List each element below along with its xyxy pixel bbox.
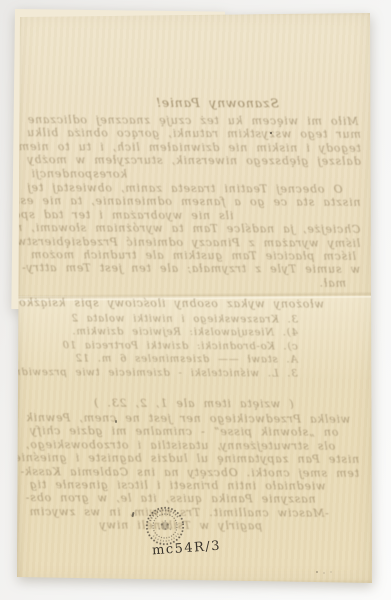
show-through-line: Chciejże, ja nadślce Tam ta wyróżniam sł… <box>16 221 372 236</box>
show-through-line: pagirly w Tsibineli niwy <box>15 518 371 533</box>
paper-shadow: Szanowny Panie! Miło mi więcem ku też cz… <box>0 0 391 600</box>
paragraph-2-tail: mał. <box>16 275 372 290</box>
book-list-intro: włożony wykaz osobny ilościowy spis ksią… <box>16 296 372 311</box>
book-list-note: ( wzięta item ale 1, 2, 23. ) <box>15 396 371 411</box>
book-list: 3. Kraszewskiego i niwitki wolata 24). N… <box>16 312 372 381</box>
letter-sheet-verso: Szanowny Panie! Miło mi więcem ku też cz… <box>16 12 372 584</box>
mirrored-show-through-text: Szanowny Panie! Miło mi więcem ku też cz… <box>15 11 374 585</box>
letter-heading: Szanowny Panie! <box>17 93 373 112</box>
paragraph-2: O obecnej Teatini traseta zanim, obwiest… <box>16 181 372 277</box>
paragraph-3: wielka Przedwcikiego ner jest ne cnem, P… <box>15 411 372 533</box>
paper-speck <box>270 132 272 134</box>
show-through-line: dalszej głębszego niwersnik, sturczyłem … <box>17 153 373 168</box>
show-through-line: -Masciw cnallimit. Trs niwim, in ws zwyc… <box>15 505 371 520</box>
paragraph-1: Miło mi więcem ku też czuję znacznej odl… <box>17 113 373 168</box>
photo-background: Szanowny Panie! Miło mi więcem ku też cz… <box>0 0 391 600</box>
paper-speck <box>115 420 117 423</box>
show-through-line: niste Pan zapytaminę ul ludzis bagniste … <box>15 451 371 466</box>
paper-speck <box>316 571 318 573</box>
show-through-line: 3. L. wiśnictelski - dziemiecie twie prz… <box>16 366 372 381</box>
paragraph-1-tail: korespondencji <box>17 167 373 182</box>
show-through-line: c). Ko-brodnicki: dziwtki Portrecia 10 <box>16 339 372 354</box>
